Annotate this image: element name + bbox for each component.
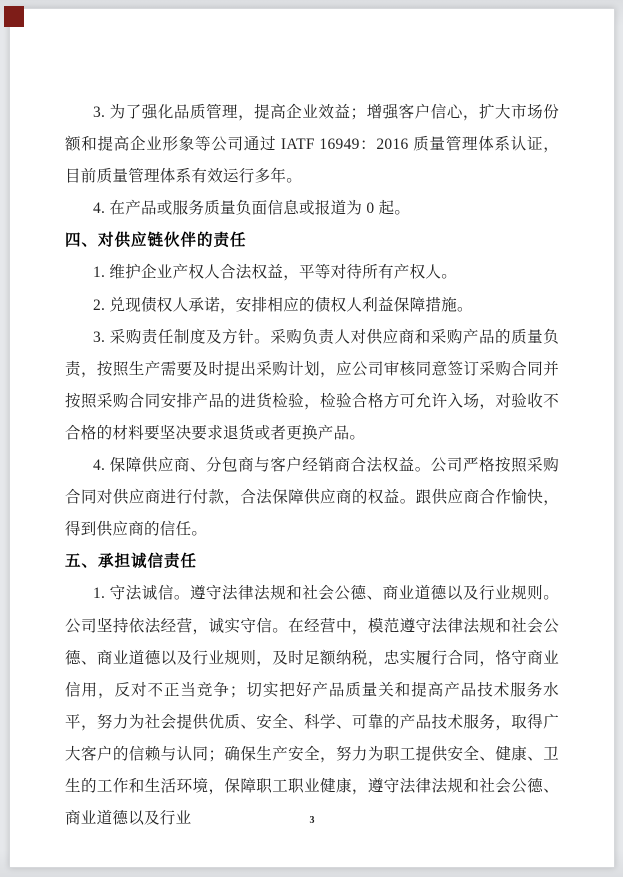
paragraph-supply-item-1: 1. 维护企业产权人合法权益，平等对待所有产权人。	[65, 257, 559, 289]
paragraph-quality-item-4: 4. 在产品或服务质量负面信息或报道为 0 起。	[65, 193, 559, 225]
page-number: 3	[10, 815, 614, 826]
document-page: 3. 为了强化品质管理，提高企业效益；增强客户信心，扩大市场份额和提高企业形象等…	[9, 8, 615, 868]
paragraph-quality-item-3: 3. 为了强化品质管理，提高企业效益；增强客户信心，扩大市场份额和提高企业形象等…	[65, 97, 559, 193]
document-body: 3. 为了强化品质管理，提高企业效益；增强客户信心，扩大市场份额和提高企业形象等…	[65, 97, 559, 835]
red-corner-marker	[4, 6, 24, 27]
paragraph-supply-item-4: 4. 保障供应商、分包商与客户经销商合法权益。公司严格按照采购合同对供应商进行付…	[65, 450, 559, 546]
paragraph-integrity-item-1: 1. 守法诚信。遵守法律法规和社会公德、商业道德以及行业规则。公司坚持依法经营，…	[65, 578, 559, 835]
section-heading-integrity: 五、承担诚信责任	[65, 546, 559, 578]
paragraph-supply-item-2: 2. 兑现债权人承诺，安排相应的债权人利益保障措施。	[65, 290, 559, 322]
paragraph-supply-item-3: 3. 采购责任制度及方针。采购负责人对供应商和采购产品的质量负责，按照生产需要及…	[65, 322, 559, 450]
section-heading-supply-chain: 四、对供应链伙伴的责任	[65, 225, 559, 257]
